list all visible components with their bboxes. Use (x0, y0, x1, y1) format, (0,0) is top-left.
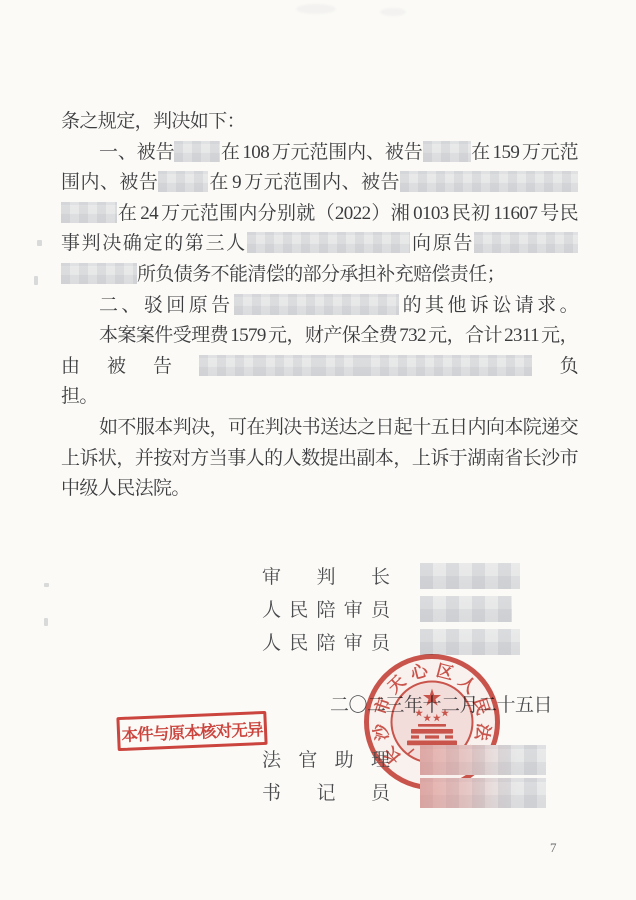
signature-role-label: 书记员 (262, 777, 390, 810)
scan-smudge (296, 4, 336, 14)
redacted-text (400, 171, 578, 192)
body-text: 由被告 (61, 356, 199, 377)
verification-stamp: 本件与原本核对无异 (116, 711, 267, 751)
body-text: 在 9 万元范围内、被告 (208, 172, 400, 193)
body-line: 上诉状，并按对方当事人的人数提出副本，上诉于湖南省长沙市 (61, 444, 578, 475)
body-line: 如不服本判决，可在判决书送达之日起十五日内向本院递交 (61, 413, 578, 444)
officers-signature-block: 法官助理书记员 (262, 744, 546, 810)
body-text: 本案案件受理费 1579 元，财产保全费 732 元，合计 2311 元， (99, 325, 578, 346)
signature-line: 法官助理 (262, 744, 546, 777)
scan-speck (37, 240, 42, 246)
body-line: 所负债务不能清偿的部分承担补充赔偿责任； (61, 260, 578, 291)
body-line: 本案案件受理费 1579 元，财产保全费 732 元，合计 2311 元， (61, 321, 578, 352)
redacted-name (420, 596, 512, 622)
redacted-text (257, 355, 317, 376)
redacted-text (61, 263, 137, 284)
redacted-text (317, 355, 362, 376)
body-text: 负 (532, 356, 578, 377)
body-text: 事判决确定的第三人 (61, 233, 247, 254)
body-line: 由被告负 (61, 352, 578, 383)
body-line: 围内、被告在 9 万元范围内、被告 (61, 168, 578, 199)
scan-speck (44, 583, 49, 587)
signature-line: 人民陪审员 (262, 594, 520, 627)
body-line: 一、被告在 108 万元范围内、被告在 159 万元范 (61, 138, 578, 169)
body-text: 围内、被告 (61, 172, 158, 193)
scan-smudge (380, 8, 406, 16)
body-line: 中级人民法院。 (61, 474, 578, 505)
redacted-text (362, 355, 532, 376)
body-text: 担。 (61, 386, 98, 407)
redacted-text (158, 171, 208, 192)
signature-role-label: 法官助理 (262, 744, 390, 777)
judgment-body-text: 条之规定，判决如下：一、被告在 108 万元范围内、被告在 159 万元范围内、… (61, 107, 578, 505)
body-line: 二、驳回原告的其他诉讼请求。 (61, 291, 578, 322)
body-text: 在 159 万元范 (471, 142, 578, 163)
redacted-name (420, 778, 546, 808)
redacted-name (420, 745, 546, 775)
body-text: 二、驳回原告 (99, 295, 234, 316)
redacted-text (423, 141, 471, 162)
body-line: 条之规定，判决如下： (61, 107, 578, 138)
verification-stamp-text: 本件与原本核对无异 (121, 716, 263, 746)
body-text: 的其他诉讼请求。 (399, 295, 578, 316)
redacted-text (234, 294, 399, 315)
redacted-name (420, 563, 520, 589)
scan-speck (44, 618, 48, 626)
body-text: 上诉状，并按对方当事人的人数提出副本，上诉于湖南省长沙市 (61, 448, 578, 469)
body-line: 事判决确定的第三人向原告 (61, 229, 578, 260)
redacted-text (61, 202, 117, 223)
page-number: 7 (550, 840, 557, 856)
redacted-text (474, 232, 578, 253)
judges-signature-block: 审判长人民陪审员人民陪审员 (262, 561, 520, 660)
scan-speck (34, 276, 38, 285)
redacted-text (199, 355, 257, 376)
redacted-text (247, 232, 410, 253)
body-text: 一、被告 (99, 142, 174, 163)
body-text: 如不服本判决，可在判决书送达之日起十五日内向本院递交 (99, 417, 578, 438)
body-line: 在 24 万元范围内分别就（2022）湘 0103 民初 11607 号民 (61, 199, 578, 230)
body-text: 向原告 (410, 233, 474, 254)
body-text: 条之规定，判决如下： (61, 111, 245, 132)
body-text: 在 108 万元范围内、被告 (220, 142, 422, 163)
body-text: 所负债务不能清偿的部分承担补充赔偿责任； (137, 264, 505, 285)
signature-line: 书记员 (262, 777, 546, 810)
scanned-judgment-page: 条之规定，判决如下：一、被告在 108 万元范围内、被告在 159 万元范围内、… (0, 0, 636, 900)
signature-role-label: 审判长 (262, 561, 390, 594)
body-text: 在 24 万元范围内分别就（2022）湘 0103 民初 11607 号民 (117, 203, 578, 224)
signature-line: 审判长 (262, 561, 520, 594)
body-line: 担。 (61, 382, 578, 413)
body-text: 中级人民法院。 (61, 478, 190, 499)
redacted-text (174, 141, 220, 162)
signature-role-label: 人民陪审员 (262, 594, 390, 627)
